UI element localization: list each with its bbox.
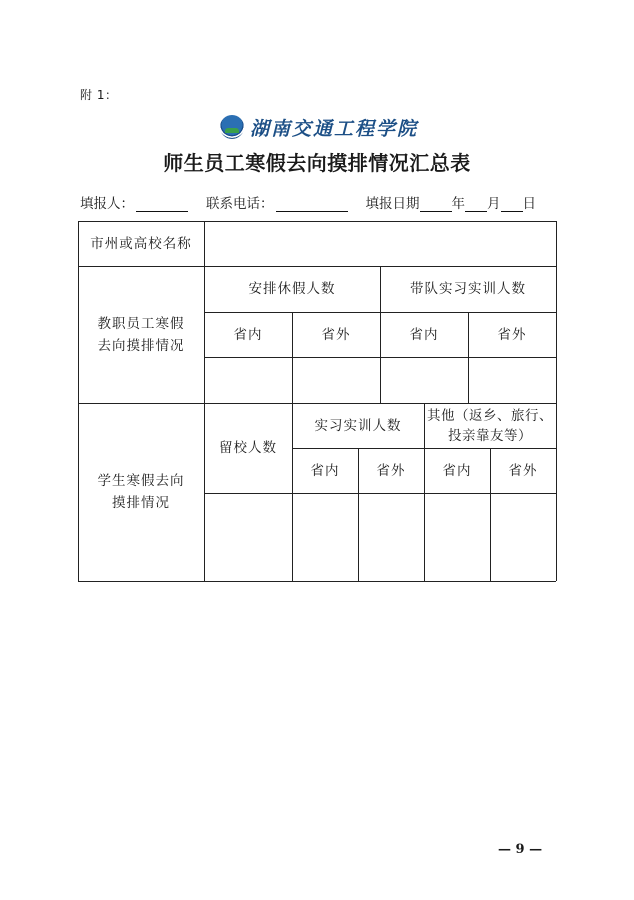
table-border-right (556, 221, 557, 581)
staff-internship-lead-header: 带队实习实训人数 (380, 266, 556, 312)
staff-section-label: 教职员工寒假 去向摸排情况 (78, 266, 204, 403)
student-other-line2: 投亲靠友等） (448, 426, 532, 446)
staff-vacation-header: 安排休假人数 (204, 266, 380, 312)
school-emblem-icon (220, 115, 244, 139)
reporter-field[interactable] (136, 197, 188, 212)
page-title: 师生员工寒假去向摸排情况汇总表 (0, 147, 634, 176)
student-section-label: 学生寒假去向 摸排情况 (78, 403, 204, 581)
staff-label-line1: 教职员工寒假 (98, 313, 185, 335)
student-internship-in-province-header: 省内 (292, 448, 358, 493)
staff-vacation-out-province-field[interactable] (292, 357, 380, 403)
staff-vacation-in-province-header: 省内 (204, 312, 292, 357)
table-border-bottom (78, 581, 556, 582)
student-internship-out-province-field[interactable] (358, 493, 424, 581)
student-other-out-province-header: 省外 (490, 448, 556, 493)
month-label: 月 (487, 192, 501, 212)
student-other-in-province-header: 省内 (424, 448, 490, 493)
student-internship-header: 实习实训人数 (292, 403, 424, 448)
day-field[interactable] (501, 197, 523, 212)
school-name: 湖南交通工程学院 (250, 114, 418, 141)
student-other-header: 其他（返乡、旅行、 投亲靠友等） (424, 403, 556, 448)
staff-lead-in-province-header: 省内 (380, 312, 468, 357)
student-label-line1: 学生寒假去向 (98, 470, 185, 492)
stay-on-campus-field[interactable] (204, 493, 292, 581)
student-other-in-province-field[interactable] (424, 493, 490, 581)
reporter-label: 填报人： (80, 192, 134, 212)
school-header: 湖南交通工程学院 (220, 113, 418, 141)
year-label: 年 (452, 192, 466, 212)
staff-lead-in-province-field[interactable] (380, 357, 468, 403)
month-field[interactable] (465, 197, 487, 212)
org-name-label: 市州或高校名称 (78, 221, 204, 266)
staff-lead-out-province-field[interactable] (468, 357, 556, 403)
org-name-field[interactable] (204, 221, 556, 266)
form-fill-line: 填报人： 联系电话： 填报日期 年 月 日 (80, 192, 536, 212)
student-label-line2: 摸排情况 (112, 492, 170, 514)
staff-lead-out-province-header: 省外 (468, 312, 556, 357)
phone-field[interactable] (276, 197, 348, 212)
student-other-out-province-field[interactable] (490, 493, 556, 581)
stay-on-campus-header: 留校人数 (204, 403, 292, 493)
day-label: 日 (523, 192, 537, 212)
phone-label: 联系电话： (206, 192, 274, 212)
page-number: — 9 — (498, 842, 542, 857)
student-internship-in-province-field[interactable] (292, 493, 358, 581)
year-field[interactable] (420, 197, 452, 212)
student-internship-out-province-header: 省外 (358, 448, 424, 493)
staff-vacation-out-province-header: 省外 (292, 312, 380, 357)
date-label: 填报日期 (366, 192, 420, 212)
staff-label-line2: 去向摸排情况 (98, 335, 185, 357)
staff-vacation-in-province-field[interactable] (204, 357, 292, 403)
student-other-line1: 其他（返乡、旅行、 (427, 406, 553, 426)
attachment-label: 附 1： (80, 86, 117, 103)
